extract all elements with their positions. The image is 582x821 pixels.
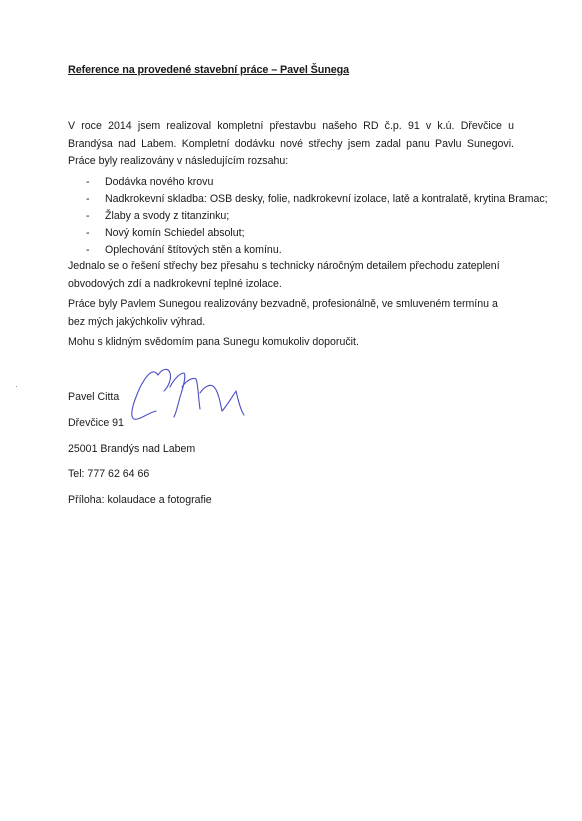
attachment-note: Příloha: kolaudace a fotografie — [68, 492, 212, 508]
signatory-name: Pavel Citta — [68, 389, 119, 405]
bullet-dash: - — [86, 191, 105, 208]
signatory-street: Dřevčice 91 — [68, 415, 124, 431]
bullet-dash: - — [86, 225, 105, 242]
list-item: -Oplechování štítových stěn a komínu. — [86, 242, 548, 259]
bullet-dash: - — [86, 242, 105, 259]
bullet-dash: - — [86, 174, 105, 191]
evaluation-paragraph: Práce byly Pavlem Sunegou realizovány be… — [68, 296, 514, 331]
document-page: Reference na provedené stavební práce – … — [0, 0, 582, 821]
list-item: -Dodávka nového krovu — [86, 174, 548, 191]
recommendation-paragraph: Mohu s klidným svědomím pana Sunegu komu… — [68, 334, 514, 352]
scope-list: -Dodávka nového krovu -Nadkrokevní sklad… — [86, 174, 548, 259]
intro-paragraph: V roce 2014 jsem realizoval kompletní př… — [68, 118, 514, 171]
list-item: -Nový komín Schiedel absolut; — [86, 225, 548, 242]
document-title: Reference na provedené stavební práce – … — [68, 64, 349, 76]
signatory-phone: Tel: 777 62 64 66 — [68, 466, 149, 482]
bullet-dash: - — [86, 208, 105, 225]
list-item: -Žlaby a svody z titanzinku; — [86, 208, 548, 225]
signatory-city: 25001 Brandýs nad Labem — [68, 441, 195, 457]
scan-speck — [16, 386, 17, 387]
handwritten-signature-icon — [128, 363, 258, 423]
detail-paragraph: Jednalo se o řešení střechy bez přesahu … — [68, 258, 514, 293]
list-item: -Nadkrokevní skladba: OSB desky, folie, … — [86, 191, 548, 208]
